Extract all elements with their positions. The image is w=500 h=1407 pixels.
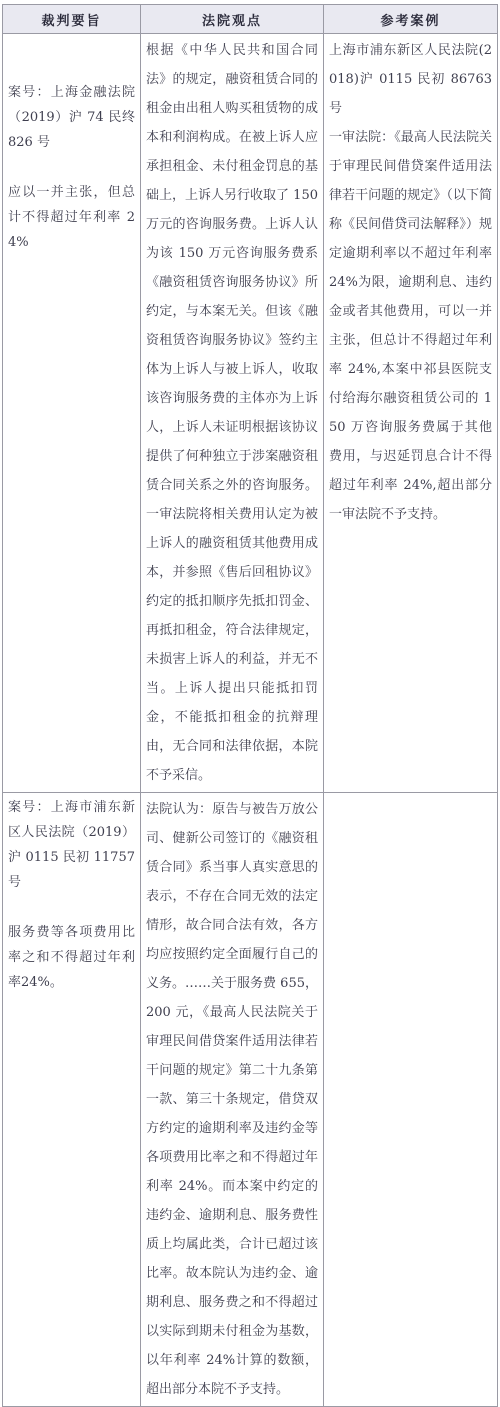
cell-reference-case-row1: 上海市浦东新区人民法院(2018)沪 0115 民初 86763 号 一审法院：… [324,34,498,793]
cell-judgment-summary-row2: 案号：上海市浦东新区人民法院（2019）沪 0115 民初 11757 号 服务… [3,793,141,1154]
case-number-text: 案号：上海市浦东新区人民法院（2019）沪 0115 民初 11757 号 [8,795,135,895]
case-number-text: 案号：上海金融法院（2019）沪 74 民终 826 号 [8,80,135,155]
summary-rule-text: 应以一并主张，但总计不得超过年利率 24% [8,180,135,255]
reference-case-number-text: 上海市浦东新区人民法院(2018)沪 0115 民初 86763 号 [329,36,492,123]
table-header-row: 裁判要旨 法院观点 参考案例 [3,5,498,34]
cell-court-opinion-row2: 法院认为：原告与被告万放公司、健新公司签订的《融资租赁合同》系当事人真实意思的表… [141,793,324,1154]
court-opinion-text: 根据《中华人民共和国合同法》的规定，融资租赁合同的租金由出租人购买租赁物的成本和… [146,36,318,790]
column-header-judgment-summary: 裁判要旨 [3,5,141,34]
table-row: 案号：上海市浦东新区人民法院（2019）沪 0115 民初 11757 号 服务… [3,793,498,1154]
legal-case-table: 裁判要旨 法院观点 参考案例 案号：上海金融法院（2019）沪 74 民终 82… [2,4,498,1153]
column-header-court-opinion: 法院观点 [141,5,324,34]
column-header-reference-case: 参考案例 [324,5,498,34]
reference-case-detail-text: 一审法院：《最高人民法院关于审理民间借贷案件适用法律若干问题的规定》（以下简称《… [329,123,492,529]
summary-rule-text: 服务费等各项费用比率之和不得超过年利率24%。 [8,920,135,995]
court-opinion-text: 法院认为：原告与被告万放公司、健新公司签订的《融资租赁合同》系当事人真实意思的表… [146,795,318,1153]
cell-judgment-summary-row1: 案号：上海金融法院（2019）沪 74 民终 826 号 应以一并主张，但总计不… [3,34,141,793]
cell-reference-case-row2 [324,793,498,1154]
cell-court-opinion-row1: 根据《中华人民共和国合同法》的规定，融资租赁合同的租金由出租人购买租赁物的成本和… [141,34,324,793]
table-row: 案号：上海金融法院（2019）沪 74 民终 826 号 应以一并主张，但总计不… [3,34,498,793]
